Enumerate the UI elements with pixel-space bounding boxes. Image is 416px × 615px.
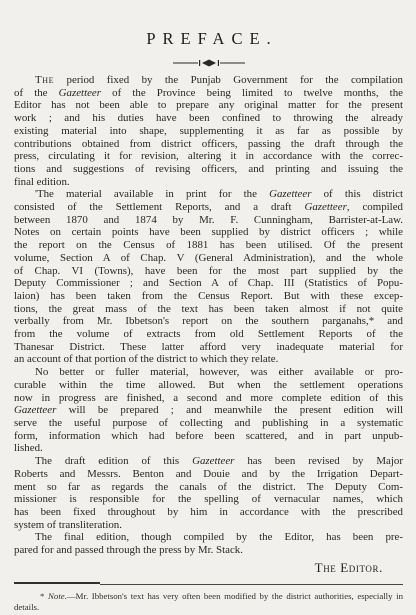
text-line: contributions obtained from district off…	[14, 138, 403, 151]
paragraph-1: The period fixed by the Punjab Governmen…	[14, 74, 403, 188]
paragraph-2: 'The material available in print for the…	[14, 188, 403, 366]
text-line: The draft edition of this Gazetteer has …	[14, 455, 403, 468]
text-line: laion) has been taken from the Census Re…	[14, 290, 403, 303]
text-line: missioner is responsible for the spellin…	[14, 493, 403, 506]
text-line: verbally from Mr. Ibbetson's report on t…	[14, 315, 403, 328]
text-line: Thanesar District. These latter afford v…	[14, 341, 403, 354]
signature: The Editor.	[14, 560, 403, 576]
text-line: No better or fuller material, however, w…	[14, 366, 403, 379]
text-line: of the Gazetteer of the Province being l…	[14, 87, 403, 100]
text-line: system of transliteration.	[14, 519, 403, 532]
text-line: ment so far as regards the canals of the…	[14, 481, 403, 494]
text-line: now in progress are finished, a second a…	[14, 392, 403, 405]
text-line: The final edition, though compiled by th…	[14, 531, 403, 544]
text-line: work ; and his duties have been confined…	[14, 112, 403, 125]
text-line: has been fixed throughout by him in acco…	[14, 506, 403, 519]
fleuron-divider-icon	[14, 54, 403, 66]
text-line: curable within the time allowed. But whe…	[14, 379, 403, 392]
text-line: pared for and passed through the press b…	[14, 544, 403, 557]
text-line: The period fixed by the Punjab Governmen…	[14, 74, 403, 87]
footnote-rule	[14, 582, 403, 587]
text-line: existing material into shape, supplement…	[14, 125, 403, 138]
text-line: between 1870 and 1874 by Mr. F. Cunningh…	[14, 214, 403, 227]
paragraph-3: No better or fuller material, however, w…	[14, 366, 403, 455]
text-line: from the volume of extracts from old Set…	[14, 328, 403, 341]
text-line: an account of that portion of the distri…	[14, 353, 403, 366]
preface-body: The period fixed by the Punjab Governmen…	[14, 74, 403, 557]
text-line: serve the useful purpose of collecting a…	[14, 417, 403, 430]
footnote: * Note.—Mr. Ibbetson's text has very oft…	[14, 591, 403, 613]
text-line: tions and suggestions of revising office…	[14, 163, 403, 176]
text-line: the report on the Census of 1881 has bee…	[14, 239, 403, 252]
text-line: consisted of the Settlement Reports, and…	[14, 201, 403, 214]
paragraph-5: The final edition, though compiled by th…	[14, 531, 403, 556]
footnote-rule-thick-segment	[14, 582, 100, 584]
text-line: final edition.	[14, 176, 403, 189]
text-line: form, information which had before been …	[14, 430, 403, 443]
page-title: PREFACE.	[14, 29, 403, 49]
text-line: press, circulating it for revision, alte…	[14, 150, 403, 163]
text-line: Editor has not been able to prepare any …	[14, 99, 403, 112]
paragraph-4: The draft edition of this Gazetteer has …	[14, 455, 403, 531]
text-line: Roberts and Messrs. Benton and Douie and…	[14, 468, 403, 481]
text-line: of Chap. VI (Towns), have been for the m…	[14, 265, 403, 278]
text-line: lished.	[14, 442, 403, 455]
text-line: Notes on certain points have been suppli…	[14, 226, 403, 239]
preface-page: PREFACE. The period fixed by the Punjab …	[0, 0, 416, 615]
text-line: volume, Section A of Chap. V (General Ad…	[14, 252, 403, 265]
text-line: tions, the great mass of the text has be…	[14, 303, 403, 316]
footnote-rule-thin-segment	[100, 584, 403, 585]
text-line: 'The material available in print for the…	[14, 188, 403, 201]
text-line: Deputy Commissioner ; and Section A of C…	[14, 277, 403, 290]
text-line: Gazetteer will be prepared ; and meanwhi…	[14, 404, 403, 417]
